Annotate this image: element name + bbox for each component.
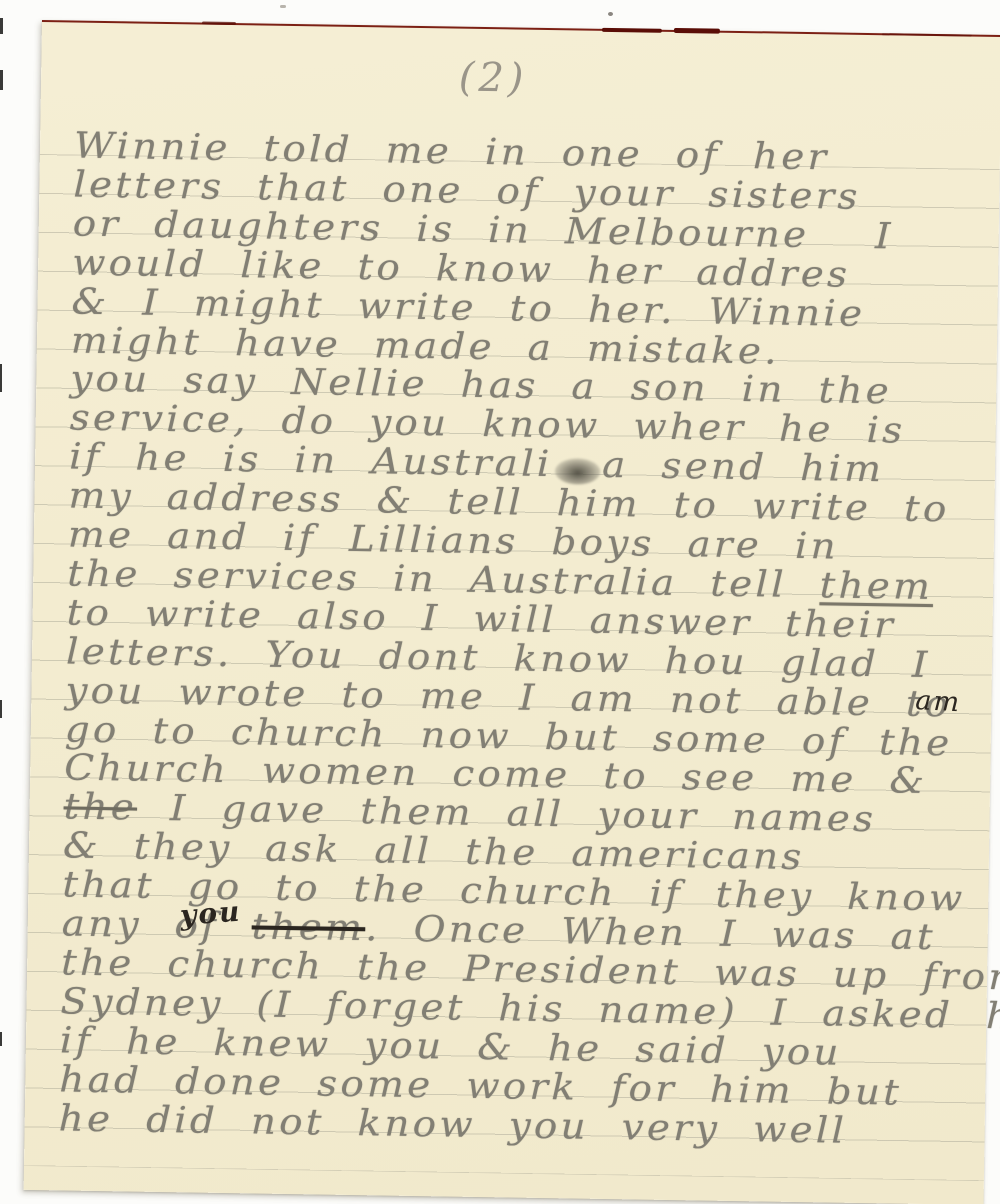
letter-text: the xyxy=(63,791,137,826)
inserted-word-you: you xyxy=(179,895,243,932)
scan-edge-artifact xyxy=(0,1032,2,1046)
letter-text: them xyxy=(251,910,365,946)
scan-edge-artifact xyxy=(0,70,3,90)
scan-speck xyxy=(280,5,286,8)
scanned-letter-page: { "document": { "kind": "handwritten pen… xyxy=(0,0,1000,1204)
letter-paper-sheet: (2) Winnie told me in one of herletters … xyxy=(24,20,1000,1204)
handwritten-text-block: Winnie told me in one of herletters that… xyxy=(24,22,1000,1204)
scan-edge-artifact xyxy=(0,18,3,34)
letter-text: he did not know you very well xyxy=(58,1102,847,1148)
scan-edge-artifact xyxy=(0,700,2,718)
pencil-smudge xyxy=(554,458,600,485)
letter-text: a send him xyxy=(602,449,885,487)
scan-speck xyxy=(608,12,613,16)
scan-edge-artifact xyxy=(0,364,2,392)
letter-text: them xyxy=(819,569,933,605)
inserted-word-am: am xyxy=(915,685,962,718)
